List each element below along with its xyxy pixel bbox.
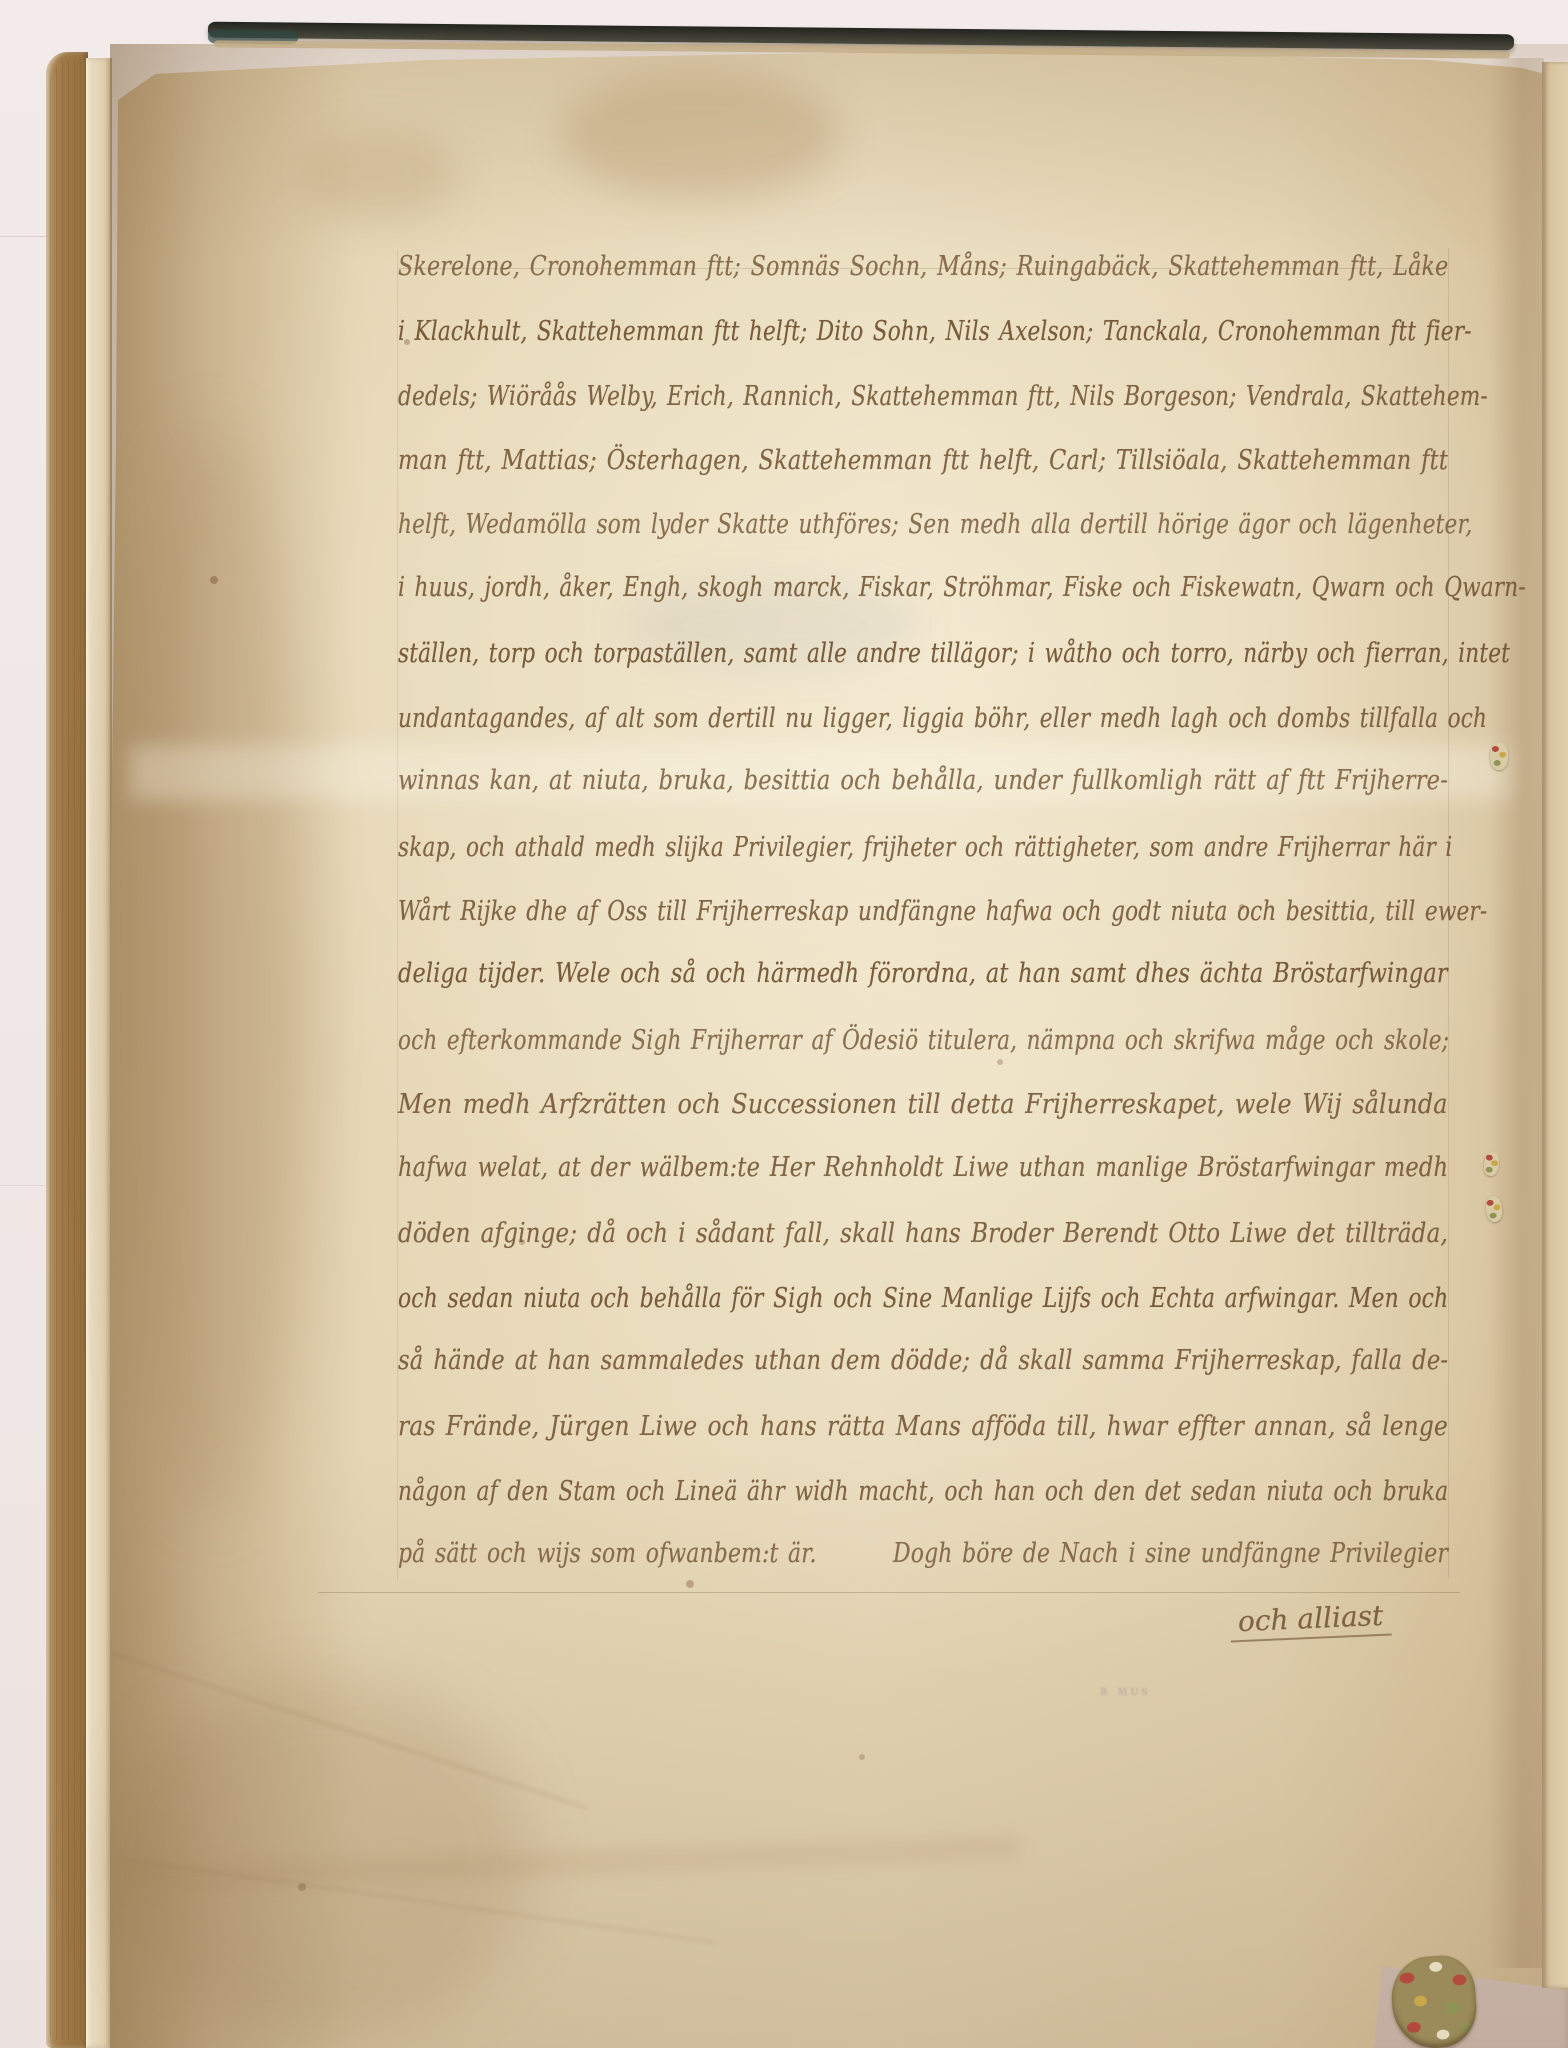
manuscript-line: Men medh Arfzrätten och Successionen til… <box>398 1056 1448 1120</box>
manuscript-line: undantagandes, af alt som dertill nu lig… <box>398 669 1448 733</box>
manuscript-line: ställen, torp och torpaställen, samt all… <box>398 605 1448 669</box>
manuscript-line: i Klackhult, Skattehemman ftt helft; Dit… <box>398 282 1448 346</box>
manuscript-line: dedels; Wiöråås Welby, Erich, Rannich, S… <box>398 347 1448 411</box>
page-curl-shadow <box>1488 58 1544 1968</box>
faint-pencil-stamp: ʙ ᴍᴜs <box>1100 1684 1151 1699</box>
manuscript-line: på sätt och wijs som ofwanbem:t är. Dogh… <box>398 1507 1448 1571</box>
gutter-fold-band <box>86 58 112 2048</box>
stain <box>560 70 840 200</box>
leaf-edge-lines <box>50 60 86 2040</box>
catchword-signature: och alliast <box>1229 1598 1392 1642</box>
fore-edge-speck <box>1490 742 1508 770</box>
manuscript-line: döden afginge; då och i sådant fall, ska… <box>398 1185 1448 1249</box>
manuscript-line: hafwa welat, at der wälbem:te Her Rehnho… <box>398 1120 1448 1184</box>
manuscript-scan: Skerelone, Cronohemman ftt; Somnäs Sochn… <box>0 0 1568 2048</box>
stain <box>118 420 308 1520</box>
frame-rule-bottom <box>318 1592 1460 1593</box>
manuscript-line: i huus, jordh, åker, Engh, skogh marck, … <box>398 540 1448 604</box>
handwritten-text-block: Skerelone, Cronohemman ftt; Somnäs Sochn… <box>398 218 1448 1571</box>
manuscript-line: skap, och athald medh slijka Privilegier… <box>398 798 1448 862</box>
manuscript-line: man ftt, Mattias; Österhagen, Skattehemm… <box>398 411 1448 475</box>
manuscript-line: deliga tijder. Wele och så och härmedh f… <box>398 927 1448 991</box>
manuscript-line: Skerelone, Cronohemman ftt; Somnäs Sochn… <box>398 218 1448 282</box>
manuscript-line: och efterkommande Sigh Frijherrar af Öde… <box>398 991 1448 1055</box>
stain <box>300 130 460 220</box>
manuscript-line: helft, Wedamölla som lyder Skatte uthför… <box>398 476 1448 540</box>
manuscript-line: winnas kan, at niuta, bruka, besittia oc… <box>398 734 1448 798</box>
manuscript-line: någon af den Stam och Lineä ähr widh mac… <box>398 1442 1448 1506</box>
foxing-specks <box>0 0 4 4</box>
adjacent-leaf-strip <box>1542 62 1568 1988</box>
manuscript-line: och sedan niuta och behålla för Sigh och… <box>398 1249 1448 1313</box>
manuscript-line: Wårt Rijke dhe af Oss till Frijherreskap… <box>398 862 1448 926</box>
manuscript-line: så hände at han sammaledes uthan dem död… <box>398 1313 1448 1377</box>
manuscript-line: ras Frände, Jürgen Liwe och hans rätta M… <box>398 1378 1448 1442</box>
